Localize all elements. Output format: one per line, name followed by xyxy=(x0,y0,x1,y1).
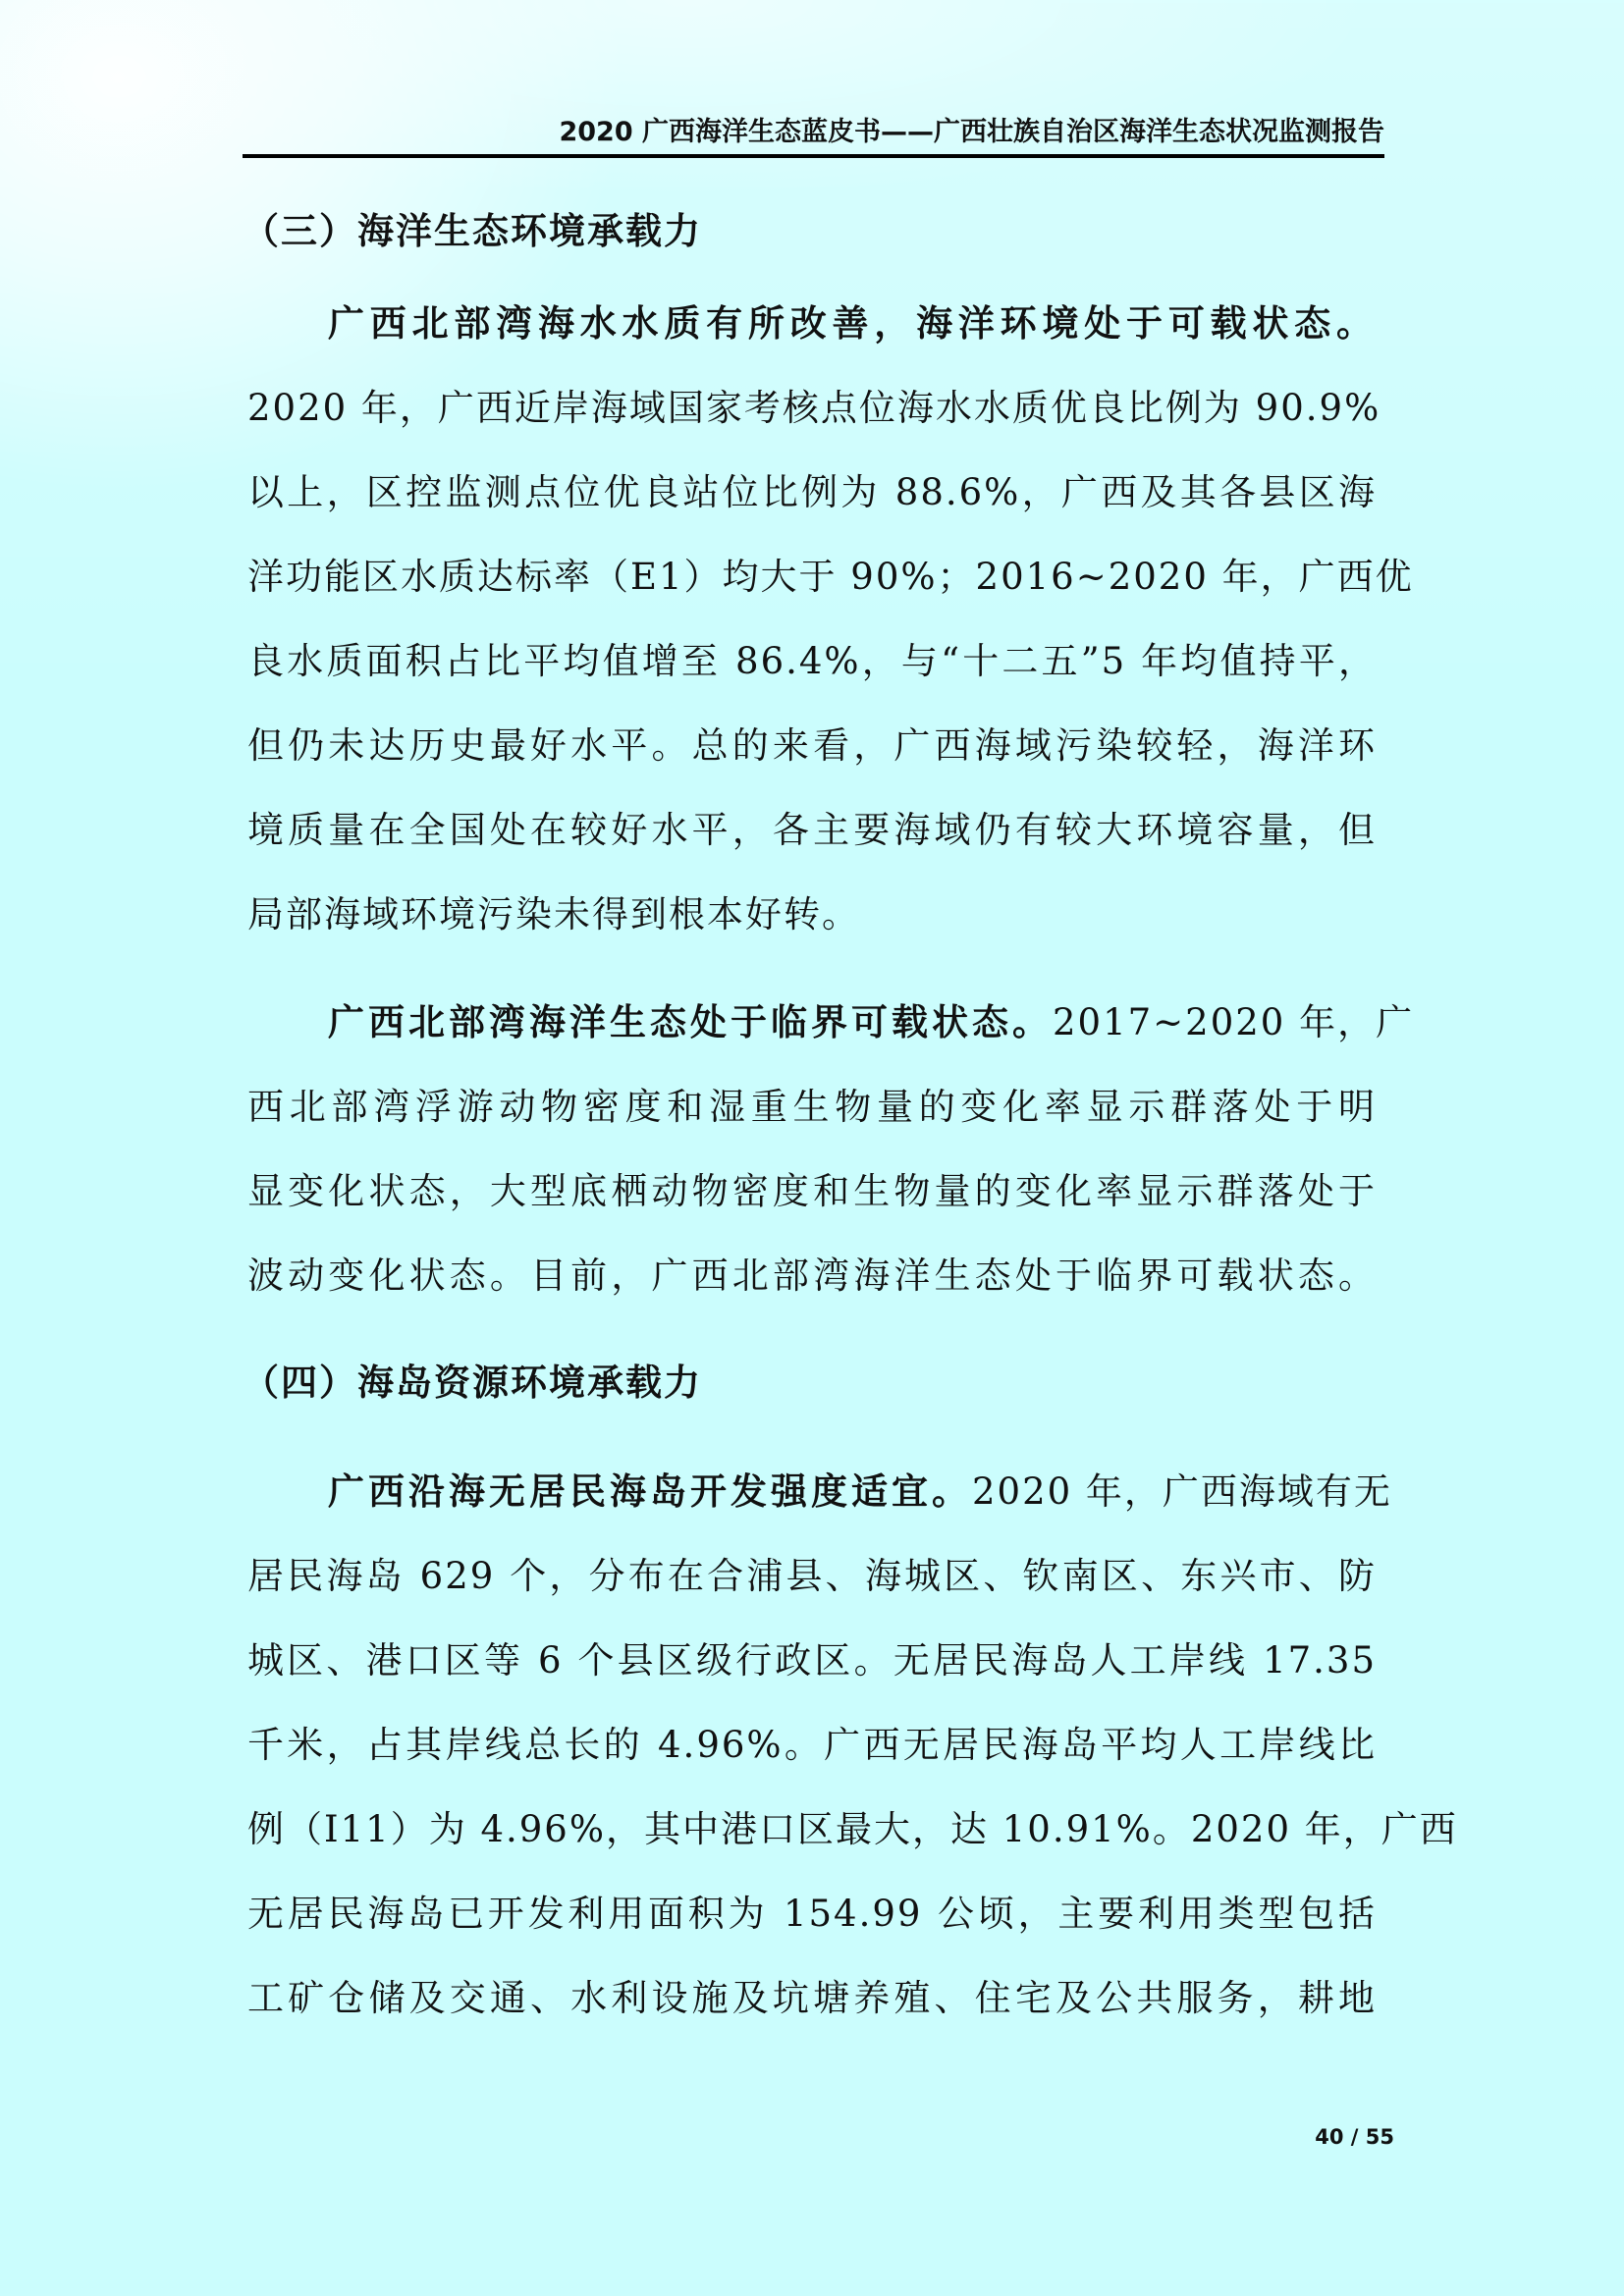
body-line: 千米，占其岸线总长的 4.96%。广西无居民海岛平均人工岸线比 xyxy=(247,1720,1377,1771)
paragraph-lead-line: 广西沿海无居民海岛开发强度适宜。2020 年，广西海域有无 xyxy=(328,1467,1377,1518)
body-line: 西北部湾浮游动物密度和湿重生物量的变化率显示群落处于明 xyxy=(247,1082,1377,1133)
body-line: 波动变化状态。目前，广西北部湾海洋生态处于临界可载状态。 xyxy=(247,1251,1377,1302)
paragraph-lead: 广西北部湾海水水质有所改善，海洋环境处于可载状态。 xyxy=(328,302,1377,345)
body-line: 境质量在全国处在较好水平，各主要海域仍有较大环境容量，但 xyxy=(247,805,1377,856)
body-line: 显变化状态，大型底栖动物密度和生物量的变化率显示群落处于 xyxy=(247,1166,1377,1217)
paragraph-lead-line: 广西北部湾海水水质有所改善，海洋环境处于可载状态。 xyxy=(328,298,1377,349)
body-line: 无居民海岛已开发利用面积为 154.99 公顷，主要利用类型包括 xyxy=(247,1889,1377,1940)
body-line: 局部海域环境污染未得到根本好转。 xyxy=(247,889,1377,940)
body-line: 但仍未达历史最好水平。总的来看，广西海域污染较轻，海洋环 xyxy=(247,721,1377,772)
page-number: 40 / 55 xyxy=(1276,2125,1394,2149)
body-line: 以上，区控监测点位优良站位比例为 88.6%，广西及其各县区海 xyxy=(247,467,1377,518)
section-heading-4: （四）海岛资源环境承载力 xyxy=(243,1359,702,1408)
paragraph-lead: 广西北部湾海洋生态处于临界可载状态。 xyxy=(328,1001,1053,1043)
body-line: 居民海岛 629 个，分布在合浦县、海城区、钦南区、东兴市、防 xyxy=(247,1551,1377,1602)
body-line: 工矿仓储及交通、水利设施及坑塘养殖、住宅及公共服务，耕地 xyxy=(247,1973,1377,2024)
paragraph-lead-tail: 2020 年，广西海域有无 xyxy=(972,1470,1392,1513)
body-line: 2020 年，广西近岸海域国家考核点位海水水质优良比例为 90.9% xyxy=(247,383,1377,434)
body-line: 良水质面积占比平均值增至 86.4%，与“十二五”5 年均值持平， xyxy=(247,636,1377,687)
running-header: 2020 广西海洋生态蓝皮书——广西壮族自治区海洋生态状况监测报告 xyxy=(243,110,1384,155)
paragraph-lead-line: 广西北部湾海洋生态处于临界可载状态。2017~2020 年，广 xyxy=(328,997,1377,1048)
section-heading-3: （三）海洋生态环境承载力 xyxy=(243,207,702,256)
body-line: 城区、港口区等 6 个县区级行政区。无居民海岛人工岸线 17.35 xyxy=(247,1635,1377,1686)
body-line: 洋功能区水质达标率（E1）均大于 90%；2016~2020 年，广西优 xyxy=(247,552,1377,603)
body-line: 例（I11）为 4.96%，其中港口区最大，达 10.91%。2020 年，广西 xyxy=(247,1804,1377,1855)
header-rule xyxy=(243,154,1384,158)
paragraph-lead-tail: 2017~2020 年，广 xyxy=(1053,1001,1414,1043)
paragraph-lead: 广西沿海无居民海岛开发强度适宜。 xyxy=(328,1470,972,1513)
